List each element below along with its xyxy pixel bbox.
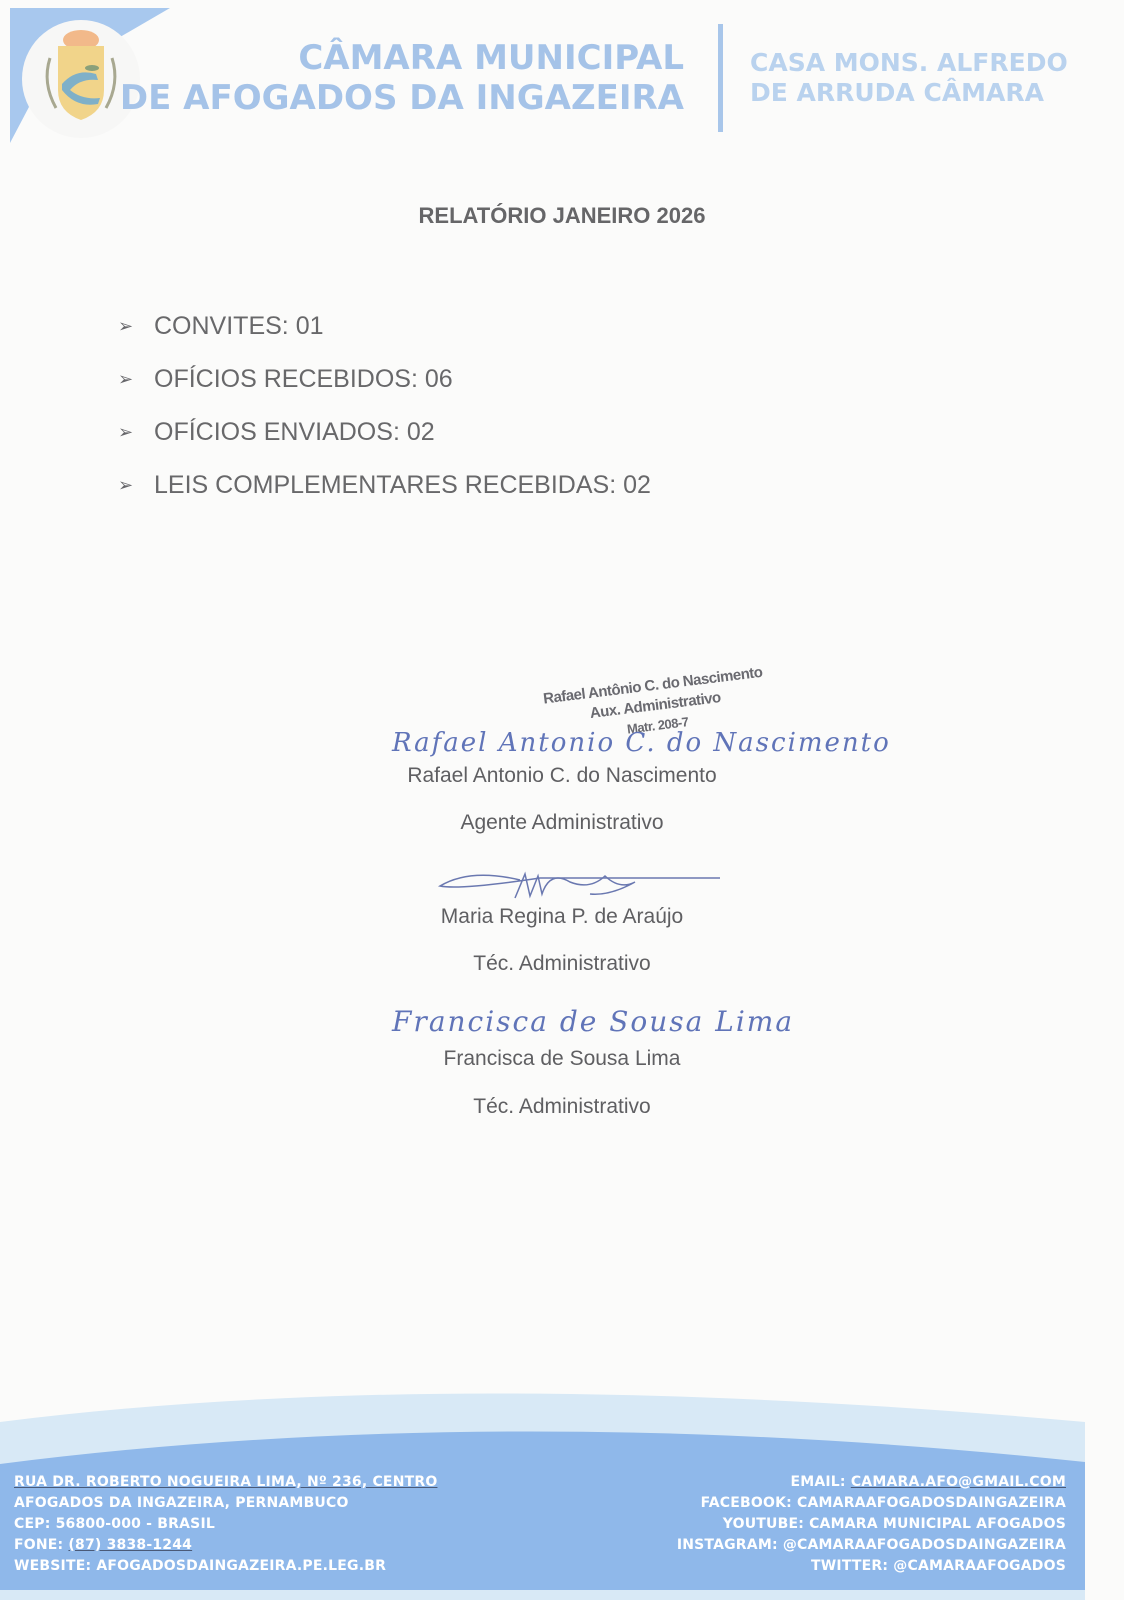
handwritten-signature-3: Francisca de Sousa Lima (392, 1005, 794, 1038)
item-label: OFÍCIOS RECEBIDOS (154, 365, 411, 394)
website-link[interactable]: WEBSITE: AFOGADOSDAINGAZEIRA.PE.LEG.BR (14, 1556, 437, 1577)
item-value: 02 (623, 471, 651, 500)
postal-code: CEP: 56800-000 - BRASIL (14, 1514, 437, 1535)
youtube-link[interactable]: YOUTUBE: CAMARA MUNICIPAL AFOGADOS (677, 1514, 1066, 1535)
list-item: ➢ OFÍCIOS RECEBIDOS: 06 (118, 353, 651, 406)
arrow-bullet-icon: ➢ (118, 422, 154, 443)
item-label: LEIS COMPLEMENTARES RECEBIDAS (154, 471, 609, 500)
list-item: ➢ OFÍCIOS ENVIADOS: 02 (118, 406, 651, 459)
arrow-bullet-icon: ➢ (118, 316, 154, 337)
signatory-name-2: Maria Regina P. de Araújo (0, 905, 1124, 929)
list-item: ➢ LEIS COMPLEMENTARES RECEBIDAS: 02 (118, 459, 651, 512)
signatory-name-1: Rafael Antonio C. do Nascimento (0, 764, 1124, 788)
item-value: 01 (296, 312, 324, 341)
subtitle-line-2: DE ARRUDA CÂMARA (750, 78, 1068, 108)
item-label: OFÍCIOS ENVIADOS (154, 418, 393, 447)
item-label: CONVITES (154, 312, 282, 341)
email-line: EMAIL: CAMARA.AFO@GMAIL.COM (677, 1472, 1066, 1493)
twitter-link[interactable]: TWITTER: @CAMARAAFOGADOS (677, 1556, 1066, 1577)
report-items-list: ➢ CONVITES: 01 ➢ OFÍCIOS RECEBIDOS: 06 ➢… (118, 300, 651, 512)
list-item: ➢ CONVITES: 01 (118, 300, 651, 353)
footer-address-block: RUA DR. ROBERTO NOGUEIRA LIMA, Nº 236, C… (14, 1472, 437, 1577)
report-title: RELATÓRIO JANEIRO 2026 (0, 203, 1124, 229)
institution-subtitle: CASA MONS. ALFREDO DE ARRUDA CÂMARA (750, 48, 1068, 108)
phone-link[interactable]: (87) 3838-1244 (68, 1537, 192, 1553)
address-line-2: AFOGADOS DA INGAZEIRA, PERNAMBUCO (14, 1493, 437, 1514)
footer-contact-block: EMAIL: CAMARA.AFO@GMAIL.COM FACEBOOK: CA… (677, 1472, 1066, 1577)
institution-title: CÂMARA MUNICIPAL DE AFOGADOS DA INGAZEIR… (120, 38, 684, 118)
arrow-bullet-icon: ➢ (118, 369, 154, 390)
subtitle-line-1: CASA MONS. ALFREDO (750, 48, 1068, 78)
signatory-role-3: Téc. Administrativo (0, 1095, 1124, 1119)
item-value: 02 (407, 418, 435, 447)
signatory-name-3: Francisca de Sousa Lima (0, 1047, 1124, 1071)
address-line-1: RUA DR. ROBERTO NOGUEIRA LIMA, Nº 236, C… (14, 1472, 437, 1493)
handwritten-signature-2 (430, 860, 730, 910)
signatory-role-1: Agente Administrativo (0, 811, 1124, 835)
instagram-link[interactable]: INSTAGRAM: @CAMARAAFOGADOSDAINGAZEIRA (677, 1535, 1066, 1556)
header-divider (718, 24, 723, 132)
signatory-role-2: Téc. Administrativo (0, 952, 1124, 976)
handwritten-signature-1: Rafael Antonio C. do Nascimento (392, 728, 891, 758)
arrow-bullet-icon: ➢ (118, 475, 154, 496)
facebook-link[interactable]: FACEBOOK: CAMARAAFOGADOSDAINGAZEIRA (677, 1493, 1066, 1514)
item-value: 06 (425, 365, 453, 394)
email-link[interactable]: CAMARA.AFO@GMAIL.COM (851, 1474, 1066, 1490)
title-line-2: DE AFOGADOS DA INGAZEIRA (120, 78, 684, 118)
phone-line: FONE: (87) 3838-1244 (14, 1535, 437, 1556)
coat-of-arms-icon (36, 28, 126, 123)
title-line-1: CÂMARA MUNICIPAL (120, 38, 684, 78)
